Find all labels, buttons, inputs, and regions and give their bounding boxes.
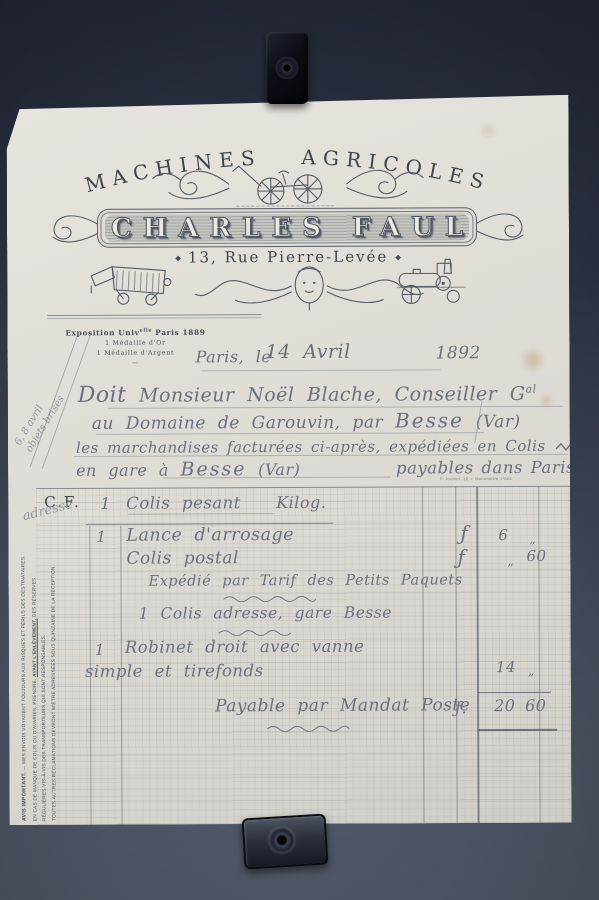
franc-mark: ƒ: [457, 545, 465, 569]
date-underline: [201, 369, 441, 371]
company-banner: CHARLES FAUL: [97, 207, 477, 248]
row-francs: „: [507, 554, 514, 568]
flourish-squiggle: [222, 594, 318, 602]
award-exposition: Exposition Univelle Paris 1889: [63, 327, 207, 337]
total-francs: 20: [494, 696, 515, 715]
flourish-squiggle: [265, 724, 351, 733]
foxing-stain: [477, 123, 501, 137]
header-qty: 1: [100, 494, 111, 513]
invoice-paper: MACHINES AGRICOLES CHARLES FAUL 13, Rue …: [6, 95, 571, 825]
destination-besse: Besse: [395, 408, 464, 432]
total-rule-bottom: [477, 729, 557, 731]
row-desc: Lance d'arrosage: [126, 525, 294, 546]
steam-engine-engraving: [393, 253, 471, 307]
foxing-stain: [538, 393, 554, 409]
cherub-medallion-engraving: [191, 257, 427, 316]
bottom-clip-pin: [242, 813, 329, 869]
top-clip-pin: [266, 32, 308, 104]
company-name: CHARLES FAUL: [98, 208, 476, 247]
banner-left-scroll: [45, 207, 101, 249]
body-line-2: au Domaine de Garouvin, par Besse (Var): [92, 408, 521, 434]
date-place: Paris, le: [196, 347, 272, 366]
awards-dash: —: [64, 360, 208, 368]
row-francs: 14: [496, 658, 516, 676]
row-centimes: 60: [526, 547, 546, 565]
total-label: Payable par Mandat Poste: [215, 695, 470, 716]
row-desc: Robinet droit avec vanne: [125, 637, 365, 657]
flourish-squiggle: [217, 628, 297, 636]
row-desc: Expédié par Tarif des Petits Paquets: [148, 572, 462, 589]
sidebar-legal-notice: Avis important. — Mes envois voyagent to…: [18, 521, 59, 821]
row-desc: Colis postal: [126, 548, 239, 568]
franc-mark: ƒ: [460, 521, 468, 545]
doit-word: Doit: [78, 383, 127, 408]
franc-mark: ƒ.: [455, 698, 467, 717]
notice-line-4: Toutes autres réclamations devront m'êtr…: [48, 521, 59, 821]
foxing-stain: [520, 345, 546, 375]
notice-line-1: Avis important. — Mes envois voyagent to…: [18, 521, 30, 821]
horse-mower-engraving: [231, 156, 339, 210]
header-weight-unit: Kilog.: [276, 493, 326, 512]
row-centimes: „: [529, 532, 536, 546]
header-weight-label: Colis pesant: [126, 493, 241, 513]
row-centimes: „: [528, 664, 535, 678]
total-centimes: 60: [525, 696, 546, 715]
row-desc-2: simple et tirefonds: [85, 661, 264, 681]
threshing-machine-engraving: [85, 256, 191, 308]
awards-rule-2: [47, 317, 261, 319]
invoice-date: 14 Avril: [265, 341, 350, 363]
row-desc: 1 Colis adresse, gare Besse: [139, 604, 392, 623]
invoice-year: 1892: [435, 343, 480, 363]
body-line-1: Doit Monsieur Noël Blache, Conseiller Ga…: [78, 381, 537, 408]
banner-right-scroll: [475, 205, 531, 247]
payable-clause: payables dans Paris: [396, 458, 575, 478]
row-francs: 6: [498, 526, 508, 544]
printer-credit: F. Joubert, 18, r. Montmartre, Paris: [440, 476, 512, 481]
